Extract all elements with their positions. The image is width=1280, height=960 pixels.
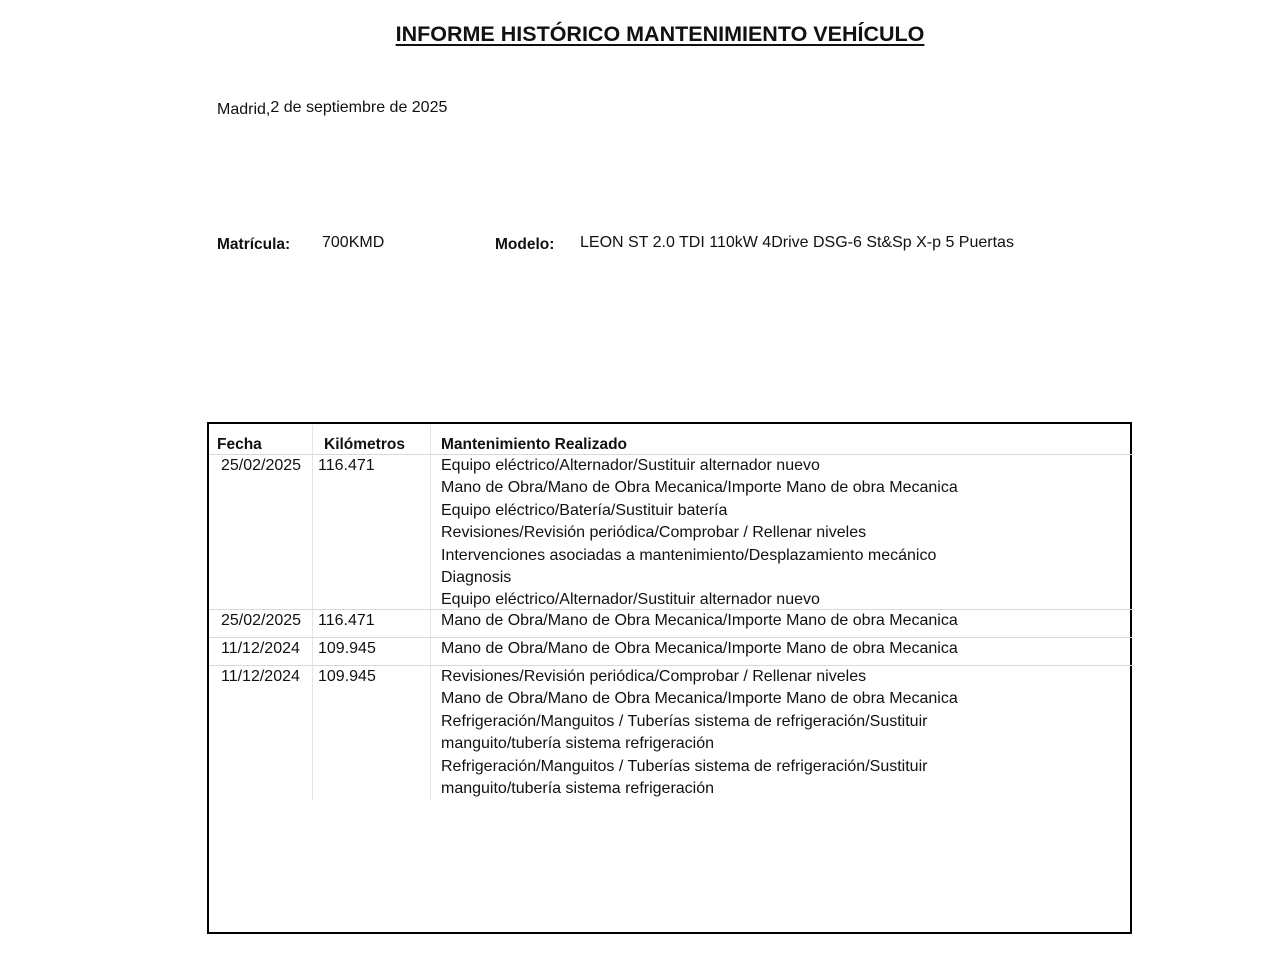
header-maintenance: Mantenimiento Realizado bbox=[441, 436, 627, 454]
maintenance-item: Refrigeración/Manguitos / Tuberías siste… bbox=[441, 711, 927, 733]
row-date: 25/02/2025 bbox=[221, 610, 301, 632]
maintenance-item: Equipo eléctrico/Alternador/Sustituir al… bbox=[441, 589, 820, 611]
maintenance-item: manguito/tubería sistema refrigeración bbox=[441, 778, 714, 800]
row-date: 11/12/2024 bbox=[221, 638, 300, 660]
maintenance-item: Intervenciones asociadas a mantenimiento… bbox=[441, 545, 936, 567]
row-km: 109.945 bbox=[318, 638, 376, 660]
maintenance-item: Mano de Obra/Mano de Obra Mecanica/Impor… bbox=[441, 688, 958, 710]
maintenance-item: Diagnosis bbox=[441, 567, 511, 589]
maintenance-item: manguito/tubería sistema refrigeración bbox=[441, 733, 714, 755]
row-km: 116.471 bbox=[318, 455, 375, 477]
model-label: Modelo: bbox=[495, 236, 554, 254]
maintenance-item: Mano de Obra/Mano de Obra Mecanica/Impor… bbox=[441, 638, 958, 660]
row-km: 109.945 bbox=[318, 666, 376, 688]
header-date: Fecha bbox=[217, 436, 262, 454]
row-km: 116.471 bbox=[318, 610, 375, 632]
column-divider bbox=[430, 425, 431, 800]
plate-label: Matrícula: bbox=[217, 236, 290, 254]
maintenance-item: Mano de Obra/Mano de Obra Mecanica/Impor… bbox=[441, 610, 958, 632]
report-date: 2 de septiembre de 2025 bbox=[270, 99, 447, 116]
header-km: Kilómetros bbox=[324, 436, 405, 454]
row-date: 25/02/2025 bbox=[221, 455, 301, 477]
row-date: 11/12/2024 bbox=[221, 666, 300, 688]
maintenance-item: Revisiones/Revisión periódica/Comprobar … bbox=[441, 666, 866, 688]
maintenance-item: Refrigeración/Manguitos / Tuberías siste… bbox=[441, 756, 927, 778]
maintenance-item: Revisiones/Revisión periódica/Comprobar … bbox=[441, 522, 866, 544]
place-date: Madrid,2 de septiembre de 2025 bbox=[217, 99, 447, 117]
maintenance-item: Mano de Obra/Mano de Obra Mecanica/Impor… bbox=[441, 477, 958, 499]
model-value: LEON ST 2.0 TDI 110kW 4Drive DSG-6 St&Sp… bbox=[580, 234, 1014, 252]
maintenance-item: Equipo eléctrico/Alternador/Sustituir al… bbox=[441, 455, 820, 477]
maintenance-item: Equipo eléctrico/Batería/Sustituir bater… bbox=[441, 500, 727, 522]
city: Madrid, bbox=[217, 101, 270, 118]
report-title: INFORME HISTÓRICO MANTENIMIENTO VEHÍCULO bbox=[0, 22, 1280, 47]
plate-value: 700KMD bbox=[322, 234, 384, 252]
column-divider bbox=[312, 425, 313, 800]
